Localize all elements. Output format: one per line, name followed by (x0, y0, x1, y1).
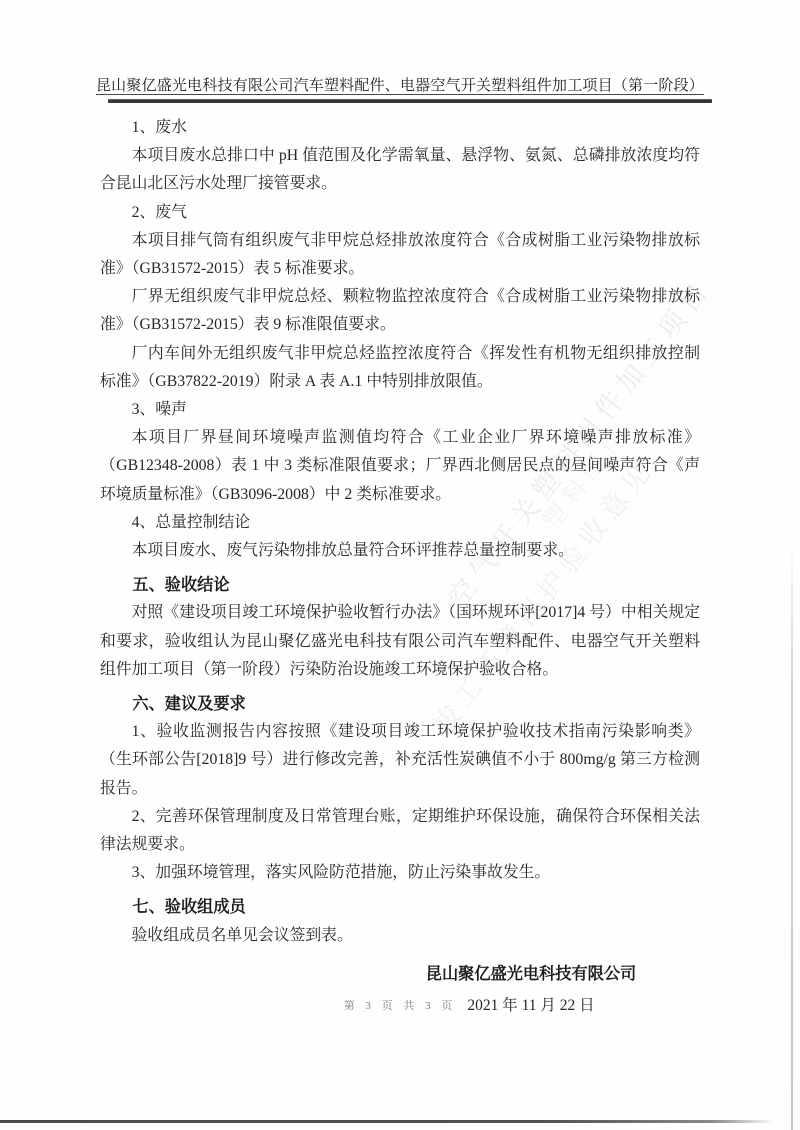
header-divider (108, 99, 712, 103)
paragraph: 2、完善环保管理制度及日常管理台账，定期维护环保设施，确保符合环保相关法律法规要… (100, 803, 700, 859)
paragraph: 3、加强环境管理，落实风险防范措施，防止污染事故发生。 (100, 859, 700, 887)
page-number-footer: 第 3 页 共 3 页 (0, 997, 800, 1013)
paragraph: 本项目厂界昼间环境噪声监测值均符合《工业企业厂界环境噪声排放标准》（GB1234… (100, 424, 700, 509)
page-header-title: 昆山聚亿盛光电科技有限公司汽车塑料配件、电器空气开关塑料组件加工项目（第一阶段） (0, 74, 800, 95)
paragraph: 本项目废水、废气污染物排放总量符合环评推荐总量控制要求。 (100, 537, 700, 565)
document-page: 空气开关塑料组件加工项目 竣工环境保护验收意见 塑料配件 昆山聚亿盛光电科技有限… (0, 0, 800, 1130)
section-heading: 七、验收组成员 (100, 893, 700, 921)
section-subheading: 1、废水 (100, 114, 700, 142)
section-subheading: 4、总量控制结论 (100, 509, 700, 537)
paragraph: 本项目废水总排口中 pH 值范围及化学需氧量、悬浮物、氨氮、总磷排放浓度均符合昆… (100, 142, 700, 198)
scan-right-edge-line (791, 540, 793, 1130)
paragraph: 1、验收监测报告内容按照《建设项目竣工环境保护验收技术指南污染影响类》（生环部公… (100, 718, 700, 803)
section-subheading: 2、废气 (100, 199, 700, 227)
section-subheading: 3、噪声 (100, 396, 700, 424)
paragraph: 本项目排气筒有组织废气非甲烷总烃排放浓度符合《合成树脂工业污染物排放标准》（GB… (100, 227, 700, 283)
document-body: 1、废水 本项目废水总排口中 pH 值范围及化学需氧量、悬浮物、氨氮、总磷排放浓… (100, 114, 700, 1022)
paragraph: 厂界无组织废气非甲烷总烃、颗粒物监控浓度符合《合成树脂工业污染物排放标准》（GB… (100, 283, 700, 339)
section-heading: 五、验收结论 (100, 571, 700, 599)
signature-company: 昆山聚亿盛光电科技有限公司 (331, 958, 731, 990)
section-heading: 六、建议及要求 (100, 690, 700, 718)
paragraph: 验收组成员名单见会议签到表。 (100, 922, 700, 950)
scan-bottom-edge-shadow (0, 1120, 775, 1123)
paragraph: 对照《建设项目竣工环境保护验收暂行办法》（国环规环评[2017]4 号）中相关规… (100, 599, 700, 684)
paragraph: 厂内车间外无组织废气非甲烷总烃监控浓度符合《挥发性有机物无组织排放控制标准》（G… (100, 340, 700, 396)
